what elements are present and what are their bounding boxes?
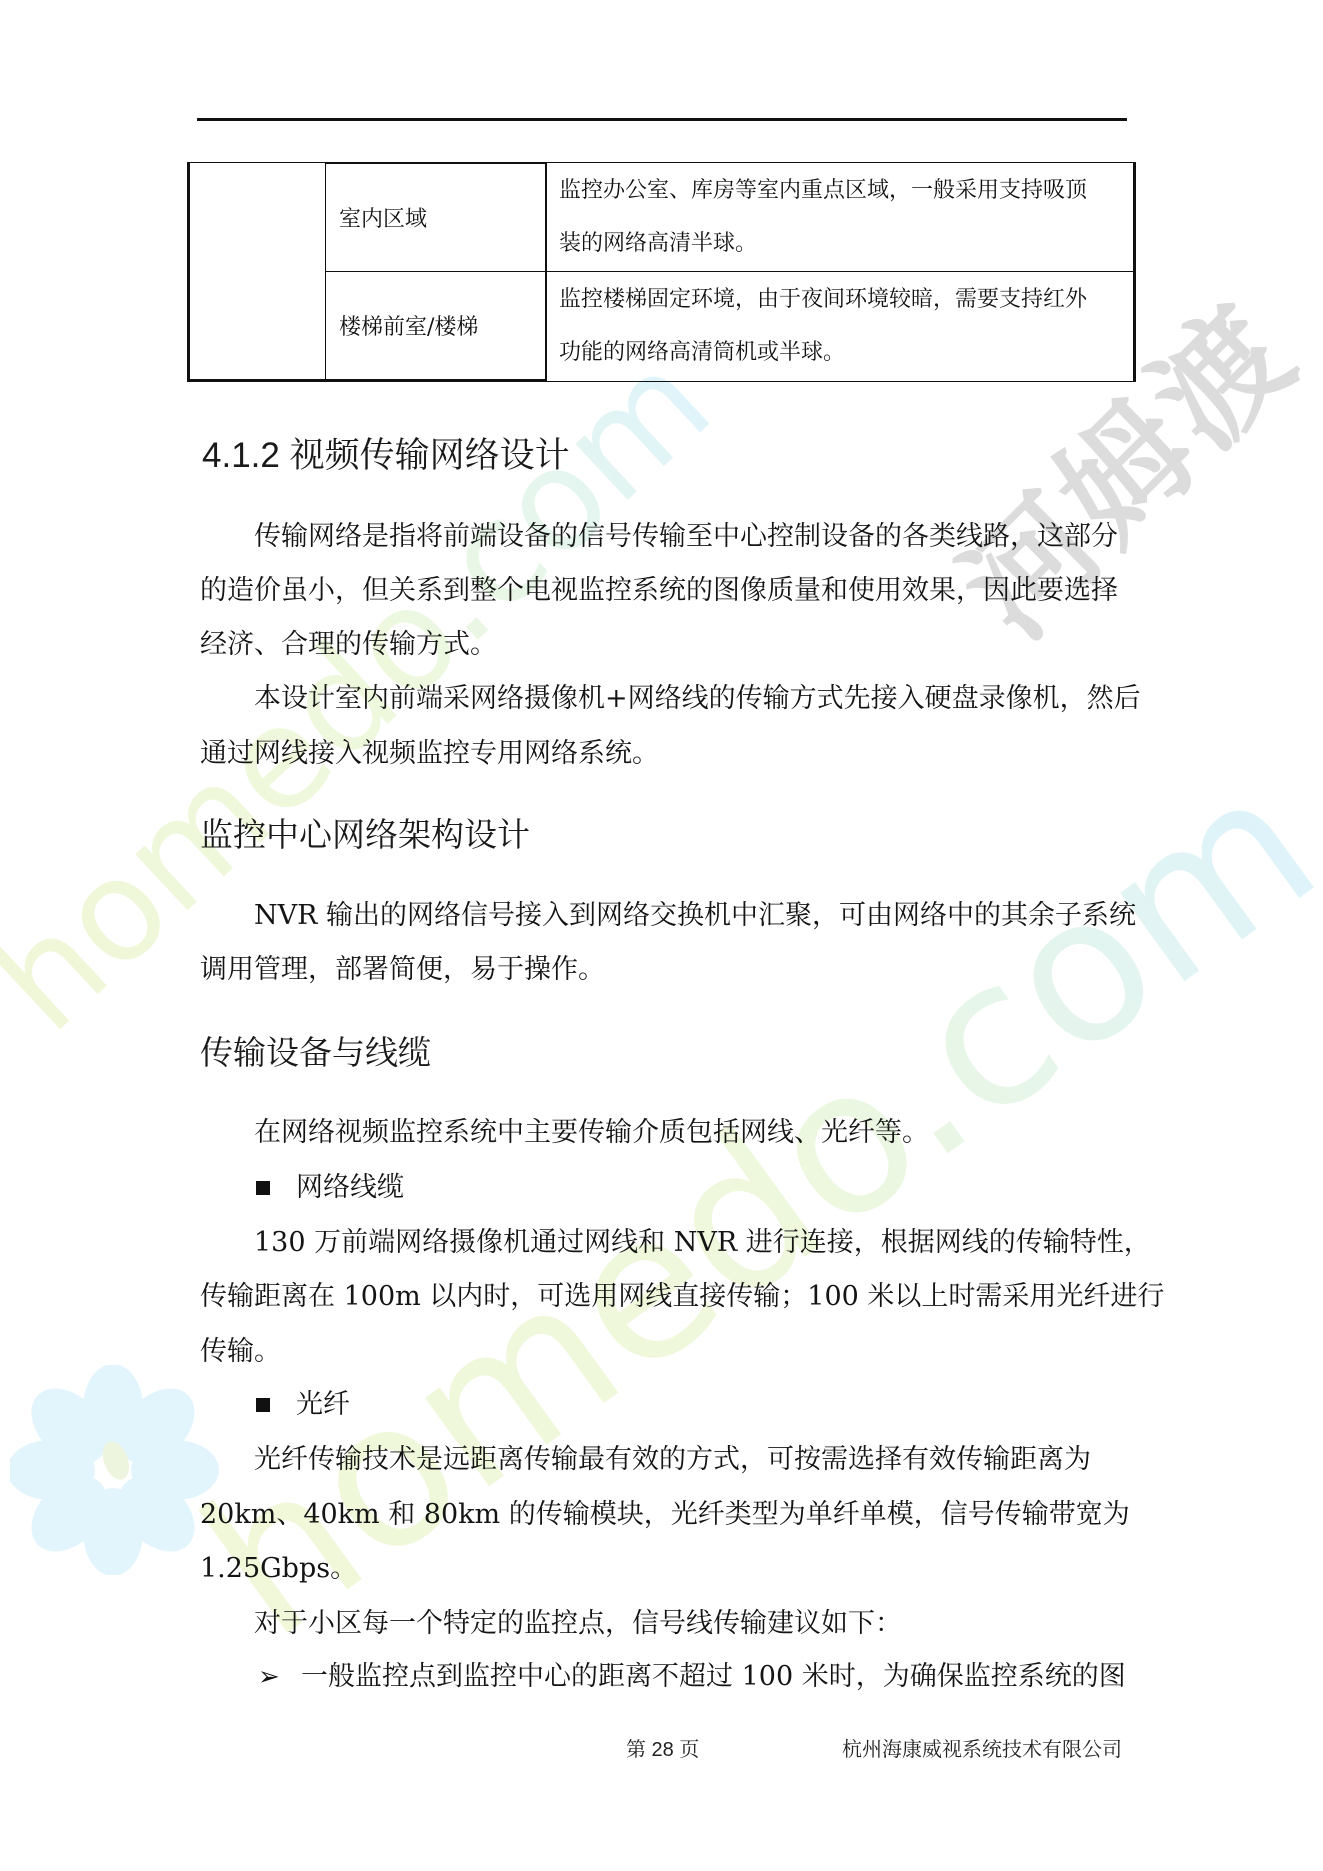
subheading-monitoring-center: 监控中心网络架构设计	[200, 817, 530, 853]
paragraph-line: 1.25Gbps。	[200, 1555, 357, 1583]
table-area-cell: 室内区域	[326, 162, 547, 272]
page-content: 室内区域 监控办公室、库房等室内重点区域，一般采用支持吸顶 装的网络高清半球。 …	[0, 0, 1323, 1871]
table-area-cell: 楼梯前室/楼梯	[326, 272, 547, 382]
bullet-label-fiber: 光纤	[296, 1391, 350, 1419]
document-page: 河姆渡 homedo.com homedo.com 室内区域 监控办公室、库房等…	[0, 0, 1323, 1871]
paragraph-line: 通过网线接入视频监控专用网络系统。	[200, 740, 659, 768]
description-line: 功能的网络高清筒机或半球。	[559, 326, 1133, 379]
paragraph-line: 在网络视频监控系统中主要传输介质包括网线、光纤等。	[254, 1119, 929, 1147]
paragraph-line: 传输。	[200, 1338, 281, 1366]
page-number: 第 28 页	[626, 1739, 699, 1761]
paragraph-line: 经济、合理的传输方式。	[200, 631, 497, 659]
paragraph-line: 本设计室内前端采网络摄像机+网络线的传输方式先接入硬盘录像机，然后	[254, 685, 1141, 713]
paragraph-line: 调用管理，部署简便，易于操作。	[200, 956, 605, 984]
square-bullet-icon	[256, 1181, 270, 1195]
table-description-cell: 监控楼梯固定环境，由于夜间环境较暗，需要支持红外 功能的网络高清筒机或半球。	[547, 272, 1136, 382]
square-bullet-icon	[256, 1398, 270, 1412]
arrow-bullet-icon: ➢	[258, 1663, 280, 1691]
subheading-transmission-cable: 传输设备与线缆	[200, 1035, 431, 1071]
section-heading: 4.1.2 视频传输网络设计	[202, 437, 570, 475]
paragraph-line: 20km、40km 和 80km 的传输模块，光纤类型为单纤单模，信号传输带宽为	[200, 1501, 1130, 1529]
area-label: 楼梯前室/楼梯	[339, 310, 478, 341]
arrow-list-item: 一般监控点到监控中心的距离不超过 100 米时，为确保监控系统的图	[301, 1663, 1126, 1691]
description-line: 监控办公室、库房等室内重点区域，一般采用支持吸顶	[559, 164, 1133, 217]
header-rule	[197, 118, 1127, 121]
paragraph-line: 对于小区每一个特定的监控点，信号线传输建议如下：	[254, 1610, 902, 1638]
area-label: 室内区域	[339, 202, 427, 233]
camera-placement-table: 室内区域 监控办公室、库房等室内重点区域，一般采用支持吸顶 装的网络高清半球。 …	[187, 162, 1136, 382]
paragraph-line: 130 万前端网络摄像机通过网线和 NVR 进行连接，根据网线的传输特性，	[254, 1229, 1151, 1257]
table-description-cell: 监控办公室、库房等室内重点区域，一般采用支持吸顶 装的网络高清半球。	[547, 162, 1136, 272]
paragraph-line: 传输距离在 100m 以内时，可选用网线直接传输；100 米以上时需采用光纤进行	[200, 1283, 1164, 1311]
company-name: 杭州海康威视系统技术有限公司	[842, 1739, 1122, 1761]
table-merged-category-cell	[187, 162, 326, 382]
description-line: 装的网络高清半球。	[559, 217, 1133, 270]
paragraph-line: NVR 输出的网络信号接入到网络交换机中汇聚，可由网络中的其余子系统	[254, 902, 1136, 930]
description-line: 监控楼梯固定环境，由于夜间环境较暗，需要支持红外	[559, 273, 1133, 326]
paragraph-line: 传输网络是指将前端设备的信号传输至中心控制设备的各类线路，这部分	[254, 523, 1118, 551]
paragraph-line: 的造价虽小，但关系到整个电视监控系统的图像质量和使用效果，因此要选择	[200, 577, 1118, 605]
bullet-label-network-cable: 网络线缆	[296, 1174, 404, 1202]
paragraph-line: 光纤传输技术是远距离传输最有效的方式，可按需选择有效传输距离为	[254, 1446, 1091, 1474]
